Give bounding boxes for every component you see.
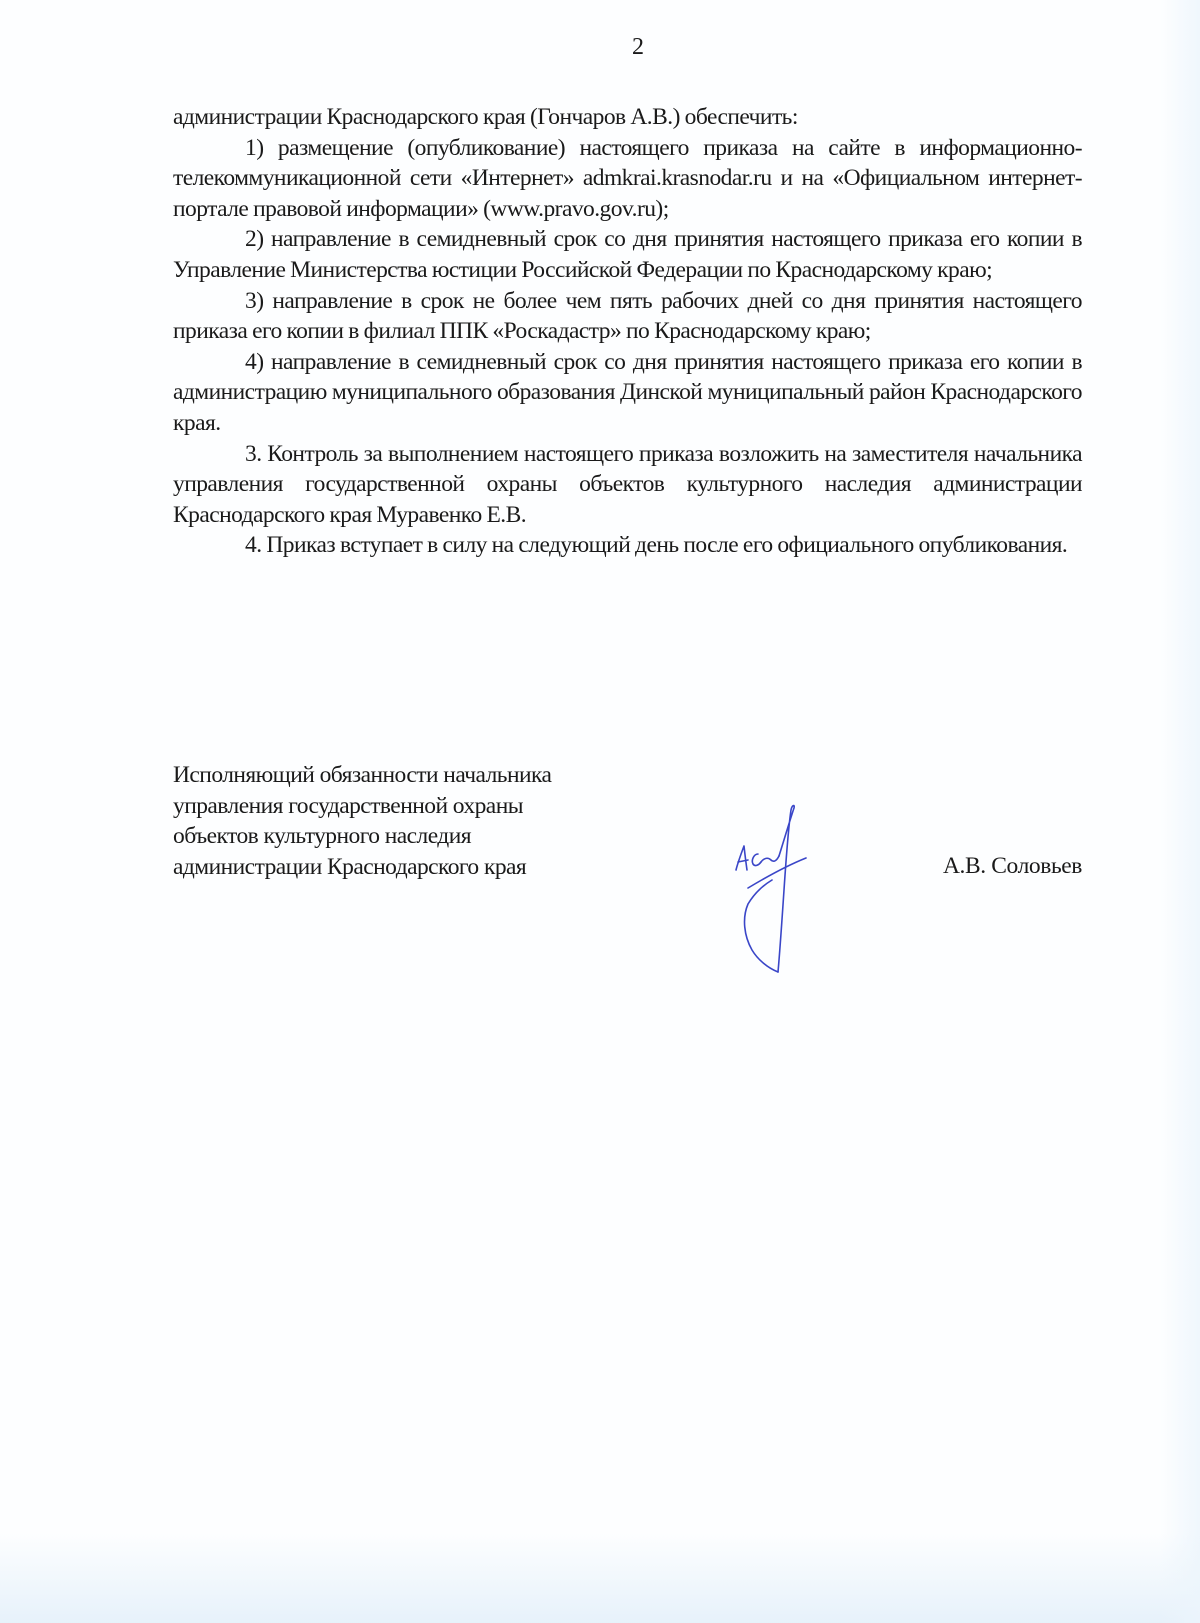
paragraph-item-2-ministry-of-justice: 2) направление в семидневный срок со дня… xyxy=(173,224,1082,285)
scan-tint-bottom xyxy=(0,1533,1200,1623)
paragraph-clause-4-entry-into-force: 4. Приказ вступает в силу на следующий д… xyxy=(173,530,1082,561)
paragraph-clause-3-control: 3. Контроль за выполнением настоящего пр… xyxy=(173,439,1082,531)
page-number: 2 xyxy=(0,32,1200,62)
scan-tint-right xyxy=(1160,0,1200,1623)
signer-name: А.В. Соловьев xyxy=(943,851,1082,882)
handwritten-signature-icon xyxy=(728,800,818,980)
paragraph-item-3-roskadastr: 3) направление в срок не более чем пять … xyxy=(173,286,1082,347)
paragraph-item-4-municipal-administration: 4) направление в семидневный срок со дня… xyxy=(173,347,1082,439)
signer-title-line: администрации Краснодарского края xyxy=(173,852,551,883)
signer-title-line: управления государственной охраны xyxy=(173,791,551,822)
order-body-text: администрации Краснодарского края (Гонча… xyxy=(173,102,1082,561)
signer-title-line: Исполняющий обязанности начальника xyxy=(173,760,551,791)
document-page: { "page": { "number": "2" }, "body": { "… xyxy=(0,0,1200,1623)
signer-title-line: объектов культурного наследия xyxy=(173,821,551,852)
signer-title: Исполняющий обязанности начальника управ… xyxy=(173,760,551,882)
signature-block: Исполняющий обязанности начальника управ… xyxy=(173,760,1082,990)
paragraph-intro: администрации Краснодарского края (Гонча… xyxy=(173,102,1082,133)
paragraph-item-1-publication: 1) размещение (опубликование) настоящего… xyxy=(173,133,1082,225)
